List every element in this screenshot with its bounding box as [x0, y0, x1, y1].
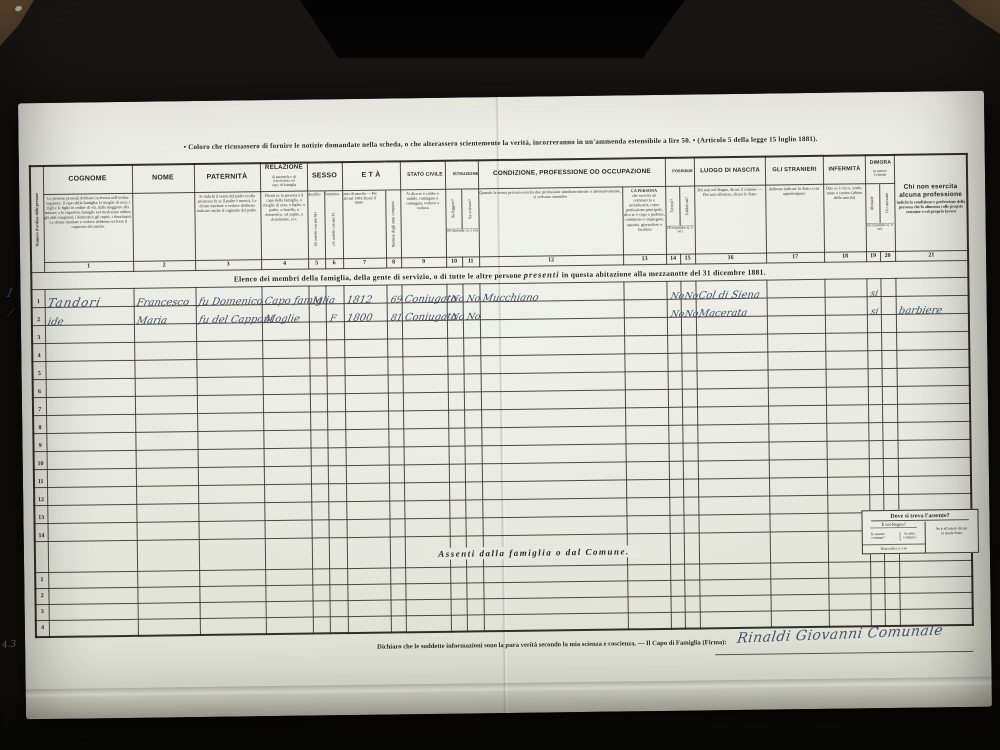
cell-cognome: [48, 572, 137, 589]
cell-alimento: [897, 368, 970, 387]
cell-anni: [388, 393, 403, 411]
cell-infermita: [826, 423, 868, 442]
cell-stato: [404, 501, 449, 520]
cell-luogo: [698, 478, 769, 497]
cell-paternita: [200, 602, 266, 619]
cell-anno: [346, 519, 389, 538]
cell-infermita: [825, 297, 867, 316]
row-number: 5: [32, 362, 45, 380]
cell-straniero: [771, 595, 829, 612]
cell-straniero: [767, 334, 825, 353]
cell-m: [310, 430, 327, 448]
handwritten-entry: 81: [389, 314, 402, 324]
cell-fabbricati: [684, 580, 699, 596]
cell-stato: [405, 584, 450, 601]
cell-anni: [387, 339, 402, 357]
cell-terreni: [670, 581, 684, 597]
cell-scrive: [463, 338, 480, 356]
cell-nome: [136, 450, 198, 469]
cell-alimento: [898, 440, 971, 459]
cell-paternita: [199, 570, 265, 587]
handwritten-entry: No: [683, 310, 698, 320]
cell-f: [327, 376, 345, 394]
cell-infermita: [826, 387, 868, 406]
cell-luogo: [699, 579, 770, 596]
cell-luogo: [697, 370, 768, 389]
assente-box-title: Dove si trova l'assente?: [871, 511, 969, 522]
column-cognome: COGNOME: [43, 165, 132, 194]
cell-anno: 1800: [344, 303, 387, 322]
row-number: 13: [34, 506, 47, 524]
cell-f: [328, 502, 346, 520]
cell-scrive: [463, 320, 480, 338]
desc-relazione: Dicasi se la persona è il capo della fam…: [260, 191, 308, 260]
cell-nome: [136, 504, 198, 523]
cell-occasionale: [883, 441, 898, 459]
desc-la-persona: LA PERSONA che esercita un commercio o u…: [622, 186, 666, 255]
cell-occasionale: [881, 315, 896, 333]
cell-f: F: [326, 304, 344, 322]
cell-nome: [136, 468, 198, 487]
cell-persona: [623, 282, 666, 301]
cell-stato: [402, 321, 447, 340]
cell-anno: [346, 501, 389, 520]
column-sesso: SESSO: [307, 162, 342, 191]
cell-nome: [138, 619, 200, 636]
cell-cognome: [48, 588, 137, 605]
cell-paternita: [197, 413, 263, 432]
cell-infermita: [828, 578, 870, 595]
assente-estero: Se è all'estero dicasi in quale Stato: [935, 524, 969, 544]
cell-legge: [448, 392, 464, 410]
cell-legge: [447, 356, 463, 374]
cell-anni: [388, 411, 403, 429]
cell-straniero: [766, 280, 824, 299]
cell-nome: [138, 603, 200, 620]
cell-legge: [449, 464, 465, 482]
row-number: 10: [34, 452, 47, 470]
cell-professione: [482, 480, 626, 500]
cell-terreni: [667, 318, 681, 336]
cell-stato: Coniugata: [402, 303, 447, 322]
row-number: 8: [33, 416, 46, 434]
row-number: 3: [32, 326, 45, 344]
column-number: 11: [462, 257, 479, 267]
cell-persona: [627, 565, 670, 582]
cell-anno: [345, 375, 388, 394]
cell-fabbricati: [684, 515, 699, 533]
cell-m: [309, 358, 326, 376]
cell-infermita: [827, 477, 869, 496]
cell-anni: [390, 568, 405, 584]
cell-cognome: Tandori: [44, 289, 133, 308]
cell-terreni: [669, 498, 683, 516]
cell-cognome: [49, 620, 138, 637]
cell-infermita: [825, 351, 867, 370]
handwritten-entry: si: [869, 308, 878, 318]
margin-mark-row2: /: [7, 306, 15, 319]
cell-legge: [449, 518, 465, 536]
handwritten-entry: 1812: [345, 295, 373, 306]
column-number: 6: [325, 259, 343, 269]
cell-occasionale: [881, 297, 896, 315]
cell-nome: Maria: [134, 306, 196, 325]
dove-si-trova-assente-box: Dove si trova l'assente? È nel Regno? In…: [861, 509, 979, 554]
cell-abituale: [867, 333, 881, 351]
column-istruzione: ISTRUZIONE: [445, 160, 478, 189]
handwritten-entry: Maria: [135, 316, 167, 327]
desc-infermita: Dire se è cieco, sordo-muto o cretino (i…: [823, 183, 866, 252]
row-number: 4: [36, 621, 49, 637]
cell-m: [311, 466, 328, 484]
cell-luogo: [697, 424, 768, 443]
cell-professione: [481, 408, 625, 428]
cell-persona: [626, 498, 669, 517]
cell-m: [309, 304, 326, 322]
cell-terreni: [670, 516, 684, 534]
column-eta: E T À: [342, 161, 400, 190]
cell-professione: [481, 426, 625, 446]
row-number: 12: [34, 488, 47, 506]
cell-abituale: [869, 477, 883, 495]
handwritten-entry: 69: [389, 296, 402, 306]
cell-alimento: [899, 577, 972, 594]
cell-anni: 69: [386, 285, 401, 303]
cell-anno: [346, 447, 389, 466]
cell-professione: [482, 444, 626, 464]
cell-paternita: [200, 618, 266, 635]
cell-anni: [391, 600, 406, 616]
cell-paternita: [198, 503, 264, 522]
handwritten-entry: si: [869, 290, 878, 300]
cell-anno: [344, 321, 387, 340]
cell-relazione: [266, 617, 313, 634]
cell-scrive: [464, 410, 481, 428]
row-number: 2: [35, 589, 48, 605]
cell-scrive: No: [462, 284, 479, 302]
cell-professione: Mucchiano: [479, 282, 623, 302]
cell-alimento: [898, 458, 971, 477]
desc-condizione: Quando la stessa persona esercita due pr…: [478, 187, 623, 258]
margin-note-bottom: 4.3: [2, 640, 17, 651]
column-number: 10: [446, 257, 462, 267]
handwritten-entry: ide: [46, 317, 64, 328]
cell-fabbricati: [682, 371, 697, 389]
cell-relazione: Moglie: [262, 304, 309, 323]
cell-fabbricati: [681, 335, 696, 353]
column-number: 14: [666, 255, 680, 265]
cell-luogo: [699, 563, 770, 580]
elenco-presenti: presenti: [524, 270, 560, 280]
cell-cognome: [47, 451, 136, 470]
handwritten-entry: Francesco: [135, 298, 190, 310]
cell-persona: [626, 516, 669, 535]
cell-nome: [134, 360, 196, 379]
row-number: 1: [35, 573, 48, 589]
cell-anni: [389, 519, 404, 537]
cell-luogo: [700, 595, 771, 612]
cell-f: [329, 585, 347, 601]
row-number: 4: [32, 344, 45, 362]
cell-infermita: [827, 441, 869, 460]
margin-mark-row1: 1: [4, 286, 15, 300]
cell-f: [326, 322, 344, 340]
cell-nome: [135, 432, 197, 451]
cell-occasionale: [882, 423, 897, 441]
cell-alimento: [898, 476, 971, 495]
cell-occasionale: [881, 351, 896, 369]
cell-anno: [345, 429, 388, 448]
handwritten-entry: Mucchiano: [481, 293, 539, 305]
row-number: 7: [33, 398, 46, 416]
cell-relazione: [265, 569, 312, 586]
cell-luogo: [699, 514, 770, 533]
desc-eta: Anno di nascita — Pei nati nel 1881 dica…: [342, 189, 401, 259]
cell-straniero: [767, 352, 825, 371]
column-number: 4: [261, 259, 308, 270]
cell-abituale: si: [866, 279, 880, 297]
cell-cognome: [46, 433, 135, 452]
cell-anni: [387, 357, 402, 375]
cell-paternita: [196, 341, 262, 360]
cell-terreni: [668, 408, 682, 426]
column-luogo-nascita: LUOGO DI NASCITA: [694, 157, 765, 186]
cell-fabbricati: [683, 461, 698, 479]
cell-straniero: [770, 579, 828, 596]
cell-professione: [483, 565, 627, 583]
cell-cognome: [46, 415, 135, 434]
cell-luogo: [697, 406, 768, 425]
cell-legge: [451, 599, 467, 615]
cell-f: [327, 430, 345, 448]
column-number: 5: [308, 259, 325, 269]
cell-anni: [389, 483, 404, 501]
cell-m: [313, 617, 330, 633]
cell-legge: [449, 482, 465, 500]
cell-terreni: No: [667, 300, 681, 318]
cell-occasionale: [882, 387, 897, 405]
cell-stato: [404, 447, 449, 466]
cell-nome: [135, 378, 197, 397]
cell-paternita: [196, 359, 262, 378]
handwritten-entry: No: [449, 313, 464, 323]
cell-persona: [624, 318, 667, 337]
cell-f: [326, 340, 344, 358]
handwritten-entry: Moglie: [263, 314, 300, 325]
gap-cell: [35, 542, 48, 573]
cell-nome: [137, 587, 199, 604]
cell-cognome: [47, 505, 136, 524]
cell-straniero: [768, 406, 826, 425]
cell-abituale: [870, 578, 884, 594]
desc-istruzione: Sa leggere? Sa scrivere? (Si risponda: s…: [445, 188, 479, 257]
cell-nome: Francesco: [133, 288, 195, 307]
cell-paternita: [198, 485, 264, 504]
desc-sesso: Maschio (Si indichi con una M) Femmina (…: [307, 190, 343, 259]
cell-fabbricati: [683, 479, 698, 497]
cell-paternita: [197, 395, 263, 414]
cell-occasionale: [882, 405, 897, 423]
cell-relazione: [264, 520, 311, 539]
row-number: 11: [34, 470, 47, 488]
cell-infermita: [825, 315, 867, 334]
cell-fabbricati: [682, 407, 697, 425]
cell-abituale: [867, 351, 881, 369]
cell-professione: [482, 498, 626, 518]
cell-persona: [625, 372, 668, 391]
column-number: 15: [680, 254, 695, 264]
cell-persona: [626, 444, 669, 463]
cell-infermita: [829, 610, 871, 627]
cell-terreni: [668, 390, 682, 408]
desc-nome: [132, 192, 195, 262]
cell-f: [327, 394, 345, 412]
cell-scrive: [465, 518, 482, 536]
cell-occasionale: [882, 369, 897, 387]
cell-relazione: Capo famiglia: [261, 286, 308, 305]
assente-box-regno: È nel Regno? In questo comune? In altro …: [863, 522, 926, 553]
cell-f: [328, 448, 346, 466]
cell-terreni: [670, 565, 684, 581]
cell-straniero: [770, 514, 828, 533]
cell-legge: [447, 338, 463, 356]
cell-infermita: [826, 369, 868, 388]
handwritten-entry: No: [669, 292, 684, 302]
cell-professione: [484, 613, 628, 631]
handwritten-entry: No: [449, 295, 464, 305]
cell-alimento: [897, 386, 970, 405]
cell-f: [330, 601, 348, 617]
cell-paternita: [197, 431, 263, 450]
cell-legge: [451, 615, 467, 631]
cell-scrive: No: [463, 302, 480, 320]
assenti-rows: 1234: [35, 561, 973, 637]
cell-relazione: [264, 448, 311, 467]
cell-abituale: [871, 594, 885, 610]
cell-nome: [134, 342, 196, 361]
folder-tab-shadow: [300, 0, 685, 58]
cell-m: [309, 340, 326, 358]
handwritten-entry: Macerata: [697, 308, 748, 320]
cell-persona: [625, 426, 668, 445]
cell-straniero: [769, 442, 827, 461]
handwritten-entry: No: [669, 310, 684, 320]
cell-nome: [135, 414, 197, 433]
cell-scrive: [463, 356, 480, 374]
cell-scrive: [464, 374, 481, 392]
cell-abituale: si: [867, 297, 881, 315]
cell-straniero: [770, 563, 828, 580]
cell-abituale: [868, 387, 882, 405]
desc-cognome: Le persone presenti debbono iscriversi n…: [43, 193, 133, 263]
column-possiede: POSSIEDE: [665, 158, 694, 186]
cell-legge: [450, 583, 466, 599]
column-number: 9: [401, 258, 446, 269]
handwritten-entry: No: [683, 292, 698, 302]
cell-scrive: [465, 464, 482, 482]
cell-relazione: [265, 585, 312, 602]
cell-anno: [344, 339, 387, 358]
cell-persona: [626, 462, 669, 481]
cell-abituale: [868, 369, 882, 387]
cell-legge: [447, 320, 463, 338]
cell-anni: 81: [387, 303, 402, 321]
cell-anno: [344, 357, 387, 376]
cell-paternita: [198, 449, 264, 468]
members-rows: 1TandoriFrancescofu DomenicoCapo famigli…: [31, 278, 971, 542]
cell-terreni: No: [666, 282, 680, 300]
cell-relazione: [262, 358, 309, 377]
cell-m: [310, 376, 327, 394]
cell-professione: [483, 516, 627, 536]
cell-anni: [389, 465, 404, 483]
assente-altro-comune: In altro comune?: [899, 531, 919, 540]
column-number: 18: [824, 252, 866, 263]
cell-stato: [405, 519, 450, 538]
cell-cognome: [46, 379, 135, 398]
cell-nome: [136, 486, 198, 505]
row-number: 1: [31, 290, 44, 308]
cell-relazione: [266, 601, 313, 618]
row-number: 2: [32, 308, 45, 326]
cell-infermita: [825, 333, 867, 352]
column-number: 20: [880, 252, 895, 262]
cell-relazione: [262, 322, 309, 341]
cell-m: [310, 394, 327, 412]
handwritten-entry: No: [465, 313, 480, 323]
cell-legge: [449, 446, 465, 464]
cell-professione: [482, 462, 626, 482]
elenco-text-end: in questa abitazione alla mezzanotte del…: [560, 268, 766, 280]
cell-abituale: [870, 562, 884, 578]
cell-scrive: [467, 599, 484, 615]
cell-relazione: [264, 484, 311, 503]
cell-stato: [403, 375, 448, 394]
cell-f: [327, 412, 345, 430]
cell-anni: [390, 584, 405, 600]
cell-terreni: [667, 354, 681, 372]
row-number: 9: [33, 434, 46, 452]
cell-terreni: [671, 613, 685, 629]
cell-terreni: [668, 372, 682, 390]
cell-luogo: Col di Siena: [695, 280, 766, 299]
cell-paternita: [197, 377, 263, 396]
cell-alimento: barbiere: [896, 296, 969, 315]
cell-persona: [626, 480, 669, 499]
column-nessuna-professione: Chi non esercita alcuna professione indi…: [894, 154, 968, 252]
column-dimora: DIMORA in questo Comune: [865, 155, 894, 183]
cell-fabbricati: [682, 389, 697, 407]
cell-anni: [389, 447, 404, 465]
cell-cognome: [45, 361, 134, 380]
row-number: 6: [33, 380, 46, 398]
cell-relazione: [262, 340, 309, 359]
cell-occasionale: [881, 333, 896, 351]
cell-alimento: [900, 593, 973, 610]
cell-stato: [406, 616, 451, 633]
cell-legge: [448, 374, 464, 392]
cell-f: [328, 520, 346, 538]
cell-anno: [346, 465, 389, 484]
cell-occasionale: [883, 477, 898, 495]
desc-paternita: Si indichi il nome del padre (colla prem…: [194, 191, 261, 261]
cell-nome: [135, 396, 197, 415]
cell-alimento: [896, 350, 969, 369]
cell-legge: [449, 500, 465, 518]
cell-luogo: [698, 496, 769, 515]
cell-scrive: [466, 583, 483, 599]
cell-anno: [347, 584, 390, 601]
